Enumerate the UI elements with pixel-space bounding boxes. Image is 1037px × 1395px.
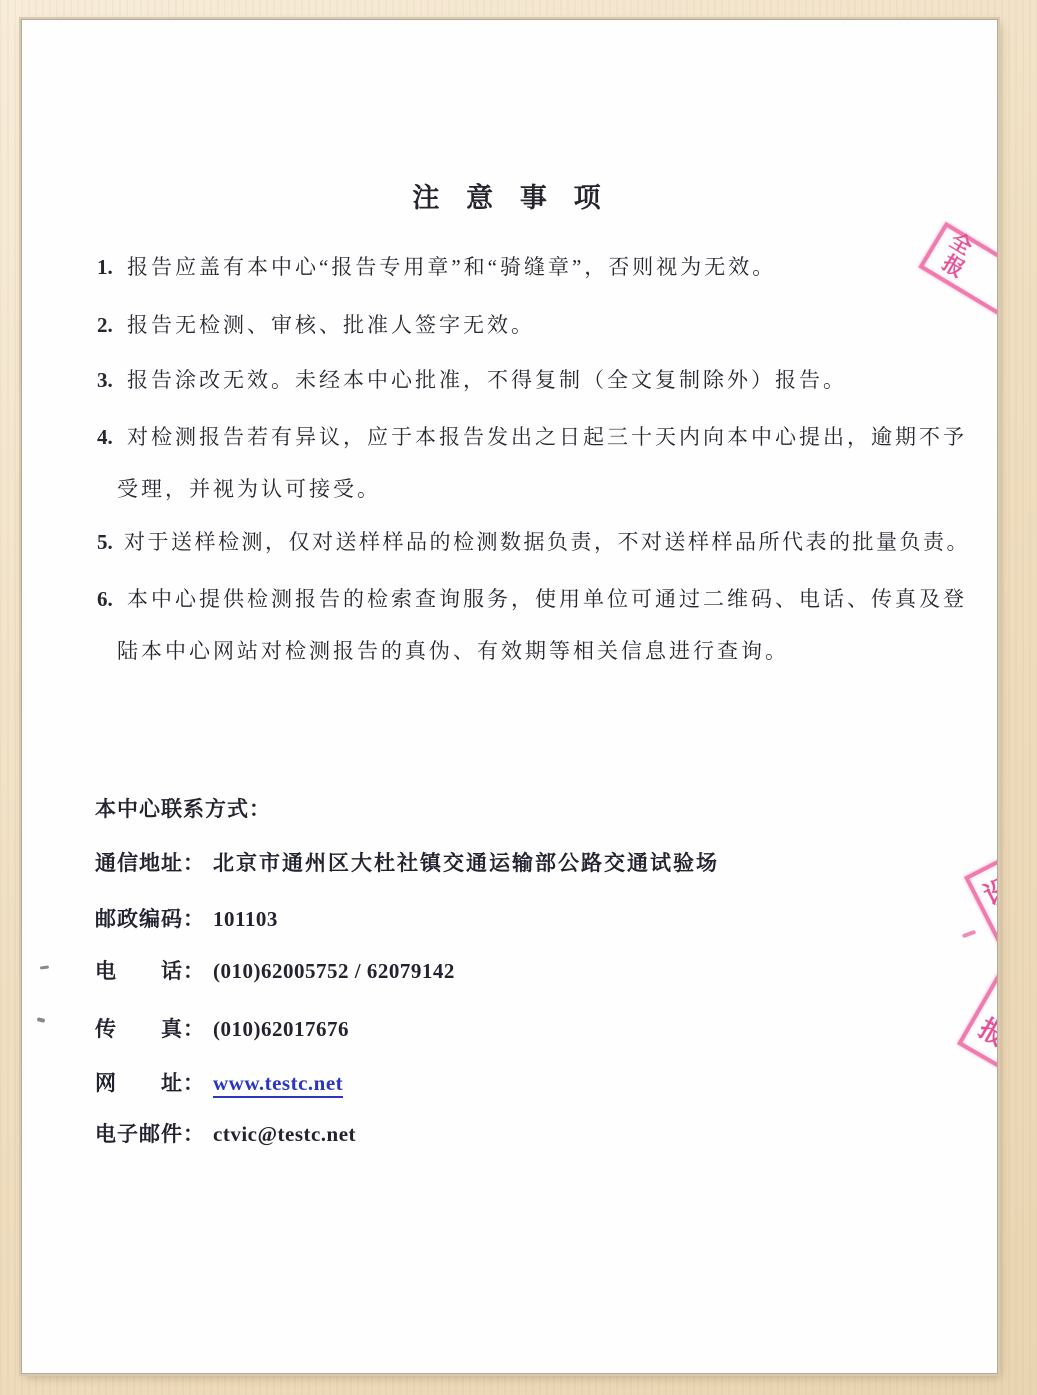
contact-row-phone: 电 话：(010)62005752 / 62079142 xyxy=(95,955,455,985)
note-text: 受理，并视为认可接受。 xyxy=(117,477,381,501)
contact-value-address: 北京市通州区大杜社镇交通运输部公路交通试验场 xyxy=(213,851,719,875)
note-number: 1. xyxy=(97,252,127,282)
note-text: 陆本中心网站对检测报告的真伪、有效期等相关信息进行查询。 xyxy=(117,639,789,663)
website-link[interactable]: www.testc.net xyxy=(213,1071,343,1098)
note-text: 对检测报告若有异议，应于本报告发出之日起三十天内向本中心提出，逾期不予 xyxy=(127,425,967,449)
contact-row-fax: 传 真：(010)62017676 xyxy=(95,1013,349,1043)
contact-row-address: 通信地址：北京市通州区大杜社镇交通运输部公路交通试验场 xyxy=(95,847,719,877)
note-number: 6. xyxy=(97,584,127,614)
note-text: 报告涂改无效。未经本中心批准，不得复制（全文复制除外）报告。 xyxy=(127,368,847,392)
note-number: 5. xyxy=(97,527,124,557)
contact-value-fax: (010)62017676 xyxy=(213,1017,349,1041)
contact-label: 电 话： xyxy=(95,960,205,983)
contact-label: 电子邮件： xyxy=(95,1123,205,1146)
stamp-fragment xyxy=(962,930,977,939)
note-item-4-line-2: 受理，并视为认可接受。 xyxy=(117,474,381,504)
note-item-2: 2.报告无检测、审核、批准人签字无效。 xyxy=(97,310,535,340)
stamp-middle-right: 设 xyxy=(964,764,997,973)
contact-label: 网 址： xyxy=(95,1072,205,1095)
note-item-4: 4.对检测报告若有异议，应于本报告发出之日起三十天内向本中心提出，逾期不予 xyxy=(97,422,967,452)
stamp-character: 报 xyxy=(974,1015,997,1051)
note-number: 4. xyxy=(97,422,127,452)
stamp-bottom-right: 报 xyxy=(957,907,997,1168)
contact-label: 传 真： xyxy=(95,1018,205,1041)
note-item-6-line-2: 陆本中心网站对检测报告的真伪、有效期等相关信息进行查询。 xyxy=(117,636,789,666)
document-page: 注 意 事 项 1.报告应盖有本中心“报告专用章”和“骑缝章”，否则视为无效。 … xyxy=(22,20,997,1373)
contact-value-email: ctvic@testc.net xyxy=(213,1122,356,1146)
contact-row-website: 网 址：www.testc.net xyxy=(95,1067,343,1097)
contact-value-postcode: 101103 xyxy=(213,907,278,931)
note-text: 本中心提供检测报告的检索查询服务，使用单位可通过二维码、电话、传真及登 xyxy=(127,587,967,611)
contact-heading-text: 本中心联系方式： xyxy=(95,798,271,821)
contact-heading: 本中心联系方式： xyxy=(95,793,271,823)
scan-speck xyxy=(40,965,49,969)
note-number: 3. xyxy=(97,365,127,395)
note-item-6: 6.本中心提供检测报告的检索查询服务，使用单位可通过二维码、电话、传真及登 xyxy=(97,584,967,614)
scan-speck xyxy=(98,1020,103,1023)
contact-row-email: 电子邮件：ctvic@testc.net xyxy=(95,1118,356,1148)
note-item-3: 3.报告涂改无效。未经本中心批准，不得复制（全文复制除外）报告。 xyxy=(97,365,847,395)
note-text: 报告应盖有本中心“报告专用章”和“骑缝章”，否则视为无效。 xyxy=(127,255,776,279)
note-text: 对于送样检测，仅对送样样品的检测数据负责，不对送样样品所代表的批量负责。 xyxy=(124,530,970,554)
note-item-1: 1.报告应盖有本中心“报告专用章”和“骑缝章”，否则视为无效。 xyxy=(97,252,776,282)
scan-speck xyxy=(37,1017,46,1023)
page-title: 注 意 事 项 xyxy=(22,176,997,215)
contact-value-phone: (010)62005752 / 62079142 xyxy=(213,959,455,983)
contact-label: 邮政编码： xyxy=(95,908,205,931)
stamp-top-right: 全 报 xyxy=(918,222,997,395)
contact-label: 通信地址： xyxy=(95,852,205,875)
scan-frame: 注 意 事 项 1.报告应盖有本中心“报告专用章”和“骑缝章”，否则视为无效。 … xyxy=(0,0,1037,1395)
note-text: 报告无检测、审核、批准人签字无效。 xyxy=(127,313,535,337)
note-item-5: 5.对于送样检测，仅对送样样品的检测数据负责，不对送样样品所代表的批量负责。 xyxy=(97,527,970,557)
note-number: 2. xyxy=(97,310,127,340)
contact-row-postcode: 邮政编码：101103 xyxy=(95,903,278,933)
stamp-character: 设 xyxy=(980,874,997,910)
